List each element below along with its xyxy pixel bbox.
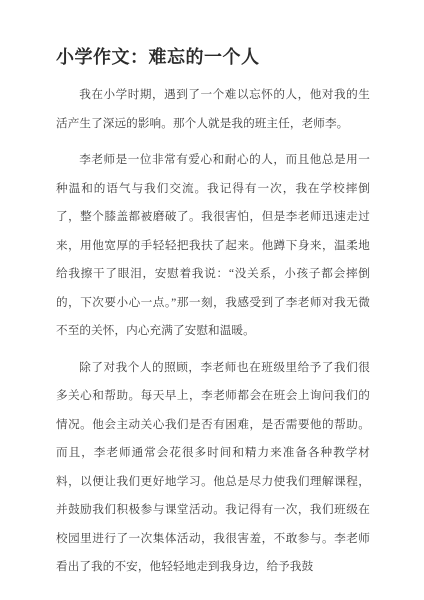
- page-title: 小学作文：难忘的一个人: [56, 46, 370, 69]
- document-page: 小学作文：难忘的一个人 我在小学时期，遇到了一个难以忘怀的人，他对我的生活产生了…: [0, 0, 424, 600]
- essay-paragraph-2: 李老师是一位非常有爱心和耐心的人，而且他总是用一种温和的语气与我们交流。我记得有…: [56, 146, 370, 346]
- essay-paragraph-3: 除了对我个人的照顾，李老师也在班级里给予了我们很多关心和帮助。每天早上，李老师都…: [56, 354, 370, 582]
- essay-paragraph-1: 我在小学时期，遇到了一个难以忘怀的人，他对我的生活产生了深远的影响。那个人就是我…: [56, 81, 370, 138]
